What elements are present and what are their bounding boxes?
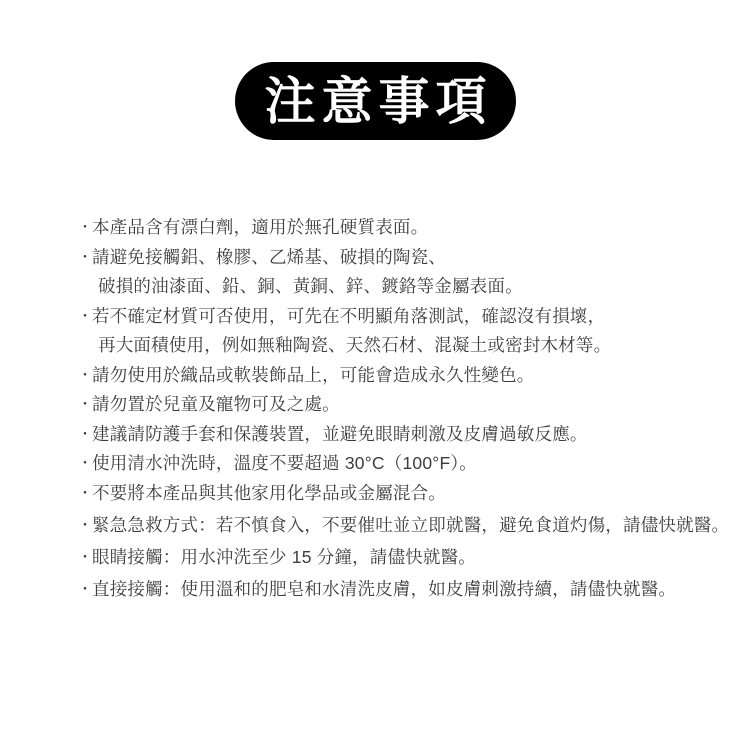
bullet-dot: ・ [78,213,92,243]
notice-list: ・本產品含有漂白劑，適用於無孔硬質表面。・請避免接觸鋁、橡膠、乙烯基、破損的陶瓷… [78,213,740,604]
notice-text: 緊急急救方式：若不慎食入，不要催吐並立即就醫，避免食道灼傷，請儘快就醫。 [92,511,740,541]
bullet-dot: ・ [78,302,92,332]
notice-text: 請勿置於兒童及寵物可及之處。 [92,390,740,420]
notice-text: 不要將本產品與其他家用化學品或金屬混合。 [92,479,740,509]
notice-text: 眼睛接觸：用水沖洗至少 15 分鐘，請儘快就醫。 [92,543,740,573]
notice-item: ・請勿使用於織品或軟裝飾品上，可能會造成永久性變色。 [78,361,740,391]
bullet-dot: ・ [78,449,92,479]
bullet-dot: ・ [78,420,92,450]
bullet-dot: ・ [78,511,92,541]
notice-text: 直接接觸：使用溫和的肥皂和水清洗皮膚，如皮膚刺激持續，請儘快就醫。 [92,575,740,605]
notice-text: 請避免接觸鋁、橡膠、乙烯基、破損的陶瓷、破損的油漆面、鉛、銅、黃銅、鋅、鍍鉻等金… [92,243,740,302]
notice-item: ・請勿置於兒童及寵物可及之處。 [78,390,740,420]
notice-text: 建議請防護手套和保護裝置，並避免眼睛刺激及皮膚過敏反應。 [92,420,740,450]
bullet-dot: ・ [78,543,92,573]
notice-text: 使用清水沖洗時，溫度不要超過 30°C（100°F）。 [92,449,740,479]
notice-item: ・緊急急救方式：若不慎食入，不要催吐並立即就醫，避免食道灼傷，請儘快就醫。 [78,511,740,541]
notice-item: ・若不確定材質可否使用，可先在不明顯角落測試，確認沒有損壞，再大面積使用，例如無… [78,302,740,361]
notice-item: ・不要將本產品與其他家用化學品或金屬混合。 [78,479,740,509]
bullet-dot: ・ [78,361,92,391]
header-pill: 注意事項 [235,62,516,140]
notice-text: 若不確定材質可否使用，可先在不明顯角落測試，確認沒有損壞，再大面積使用，例如無釉… [92,302,740,361]
page-root: 注意事項 ・本產品含有漂白劑，適用於無孔硬質表面。・請避免接觸鋁、橡膠、乙烯基、… [0,0,750,750]
notice-item: ・直接接觸：使用溫和的肥皂和水清洗皮膚，如皮膚刺激持續，請儘快就醫。 [78,575,740,605]
bullet-dot: ・ [78,575,92,605]
notice-item: ・使用清水沖洗時，溫度不要超過 30°C（100°F）。 [78,449,740,479]
bullet-dot: ・ [78,243,92,273]
notice-item: ・本產品含有漂白劑，適用於無孔硬質表面。 [78,213,740,243]
page-title: 注意事項 [258,76,492,127]
notice-text: 本產品含有漂白劑，適用於無孔硬質表面。 [92,213,740,243]
bullet-dot: ・ [78,390,92,420]
notice-item: ・建議請防護手套和保護裝置，並避免眼睛刺激及皮膚過敏反應。 [78,420,740,450]
notice-item: ・請避免接觸鋁、橡膠、乙烯基、破損的陶瓷、破損的油漆面、鉛、銅、黃銅、鋅、鍍鉻等… [78,243,740,302]
notice-text: 請勿使用於織品或軟裝飾品上，可能會造成永久性變色。 [92,361,740,391]
bullet-dot: ・ [78,479,92,509]
notice-item: ・眼睛接觸：用水沖洗至少 15 分鐘，請儘快就醫。 [78,543,740,573]
